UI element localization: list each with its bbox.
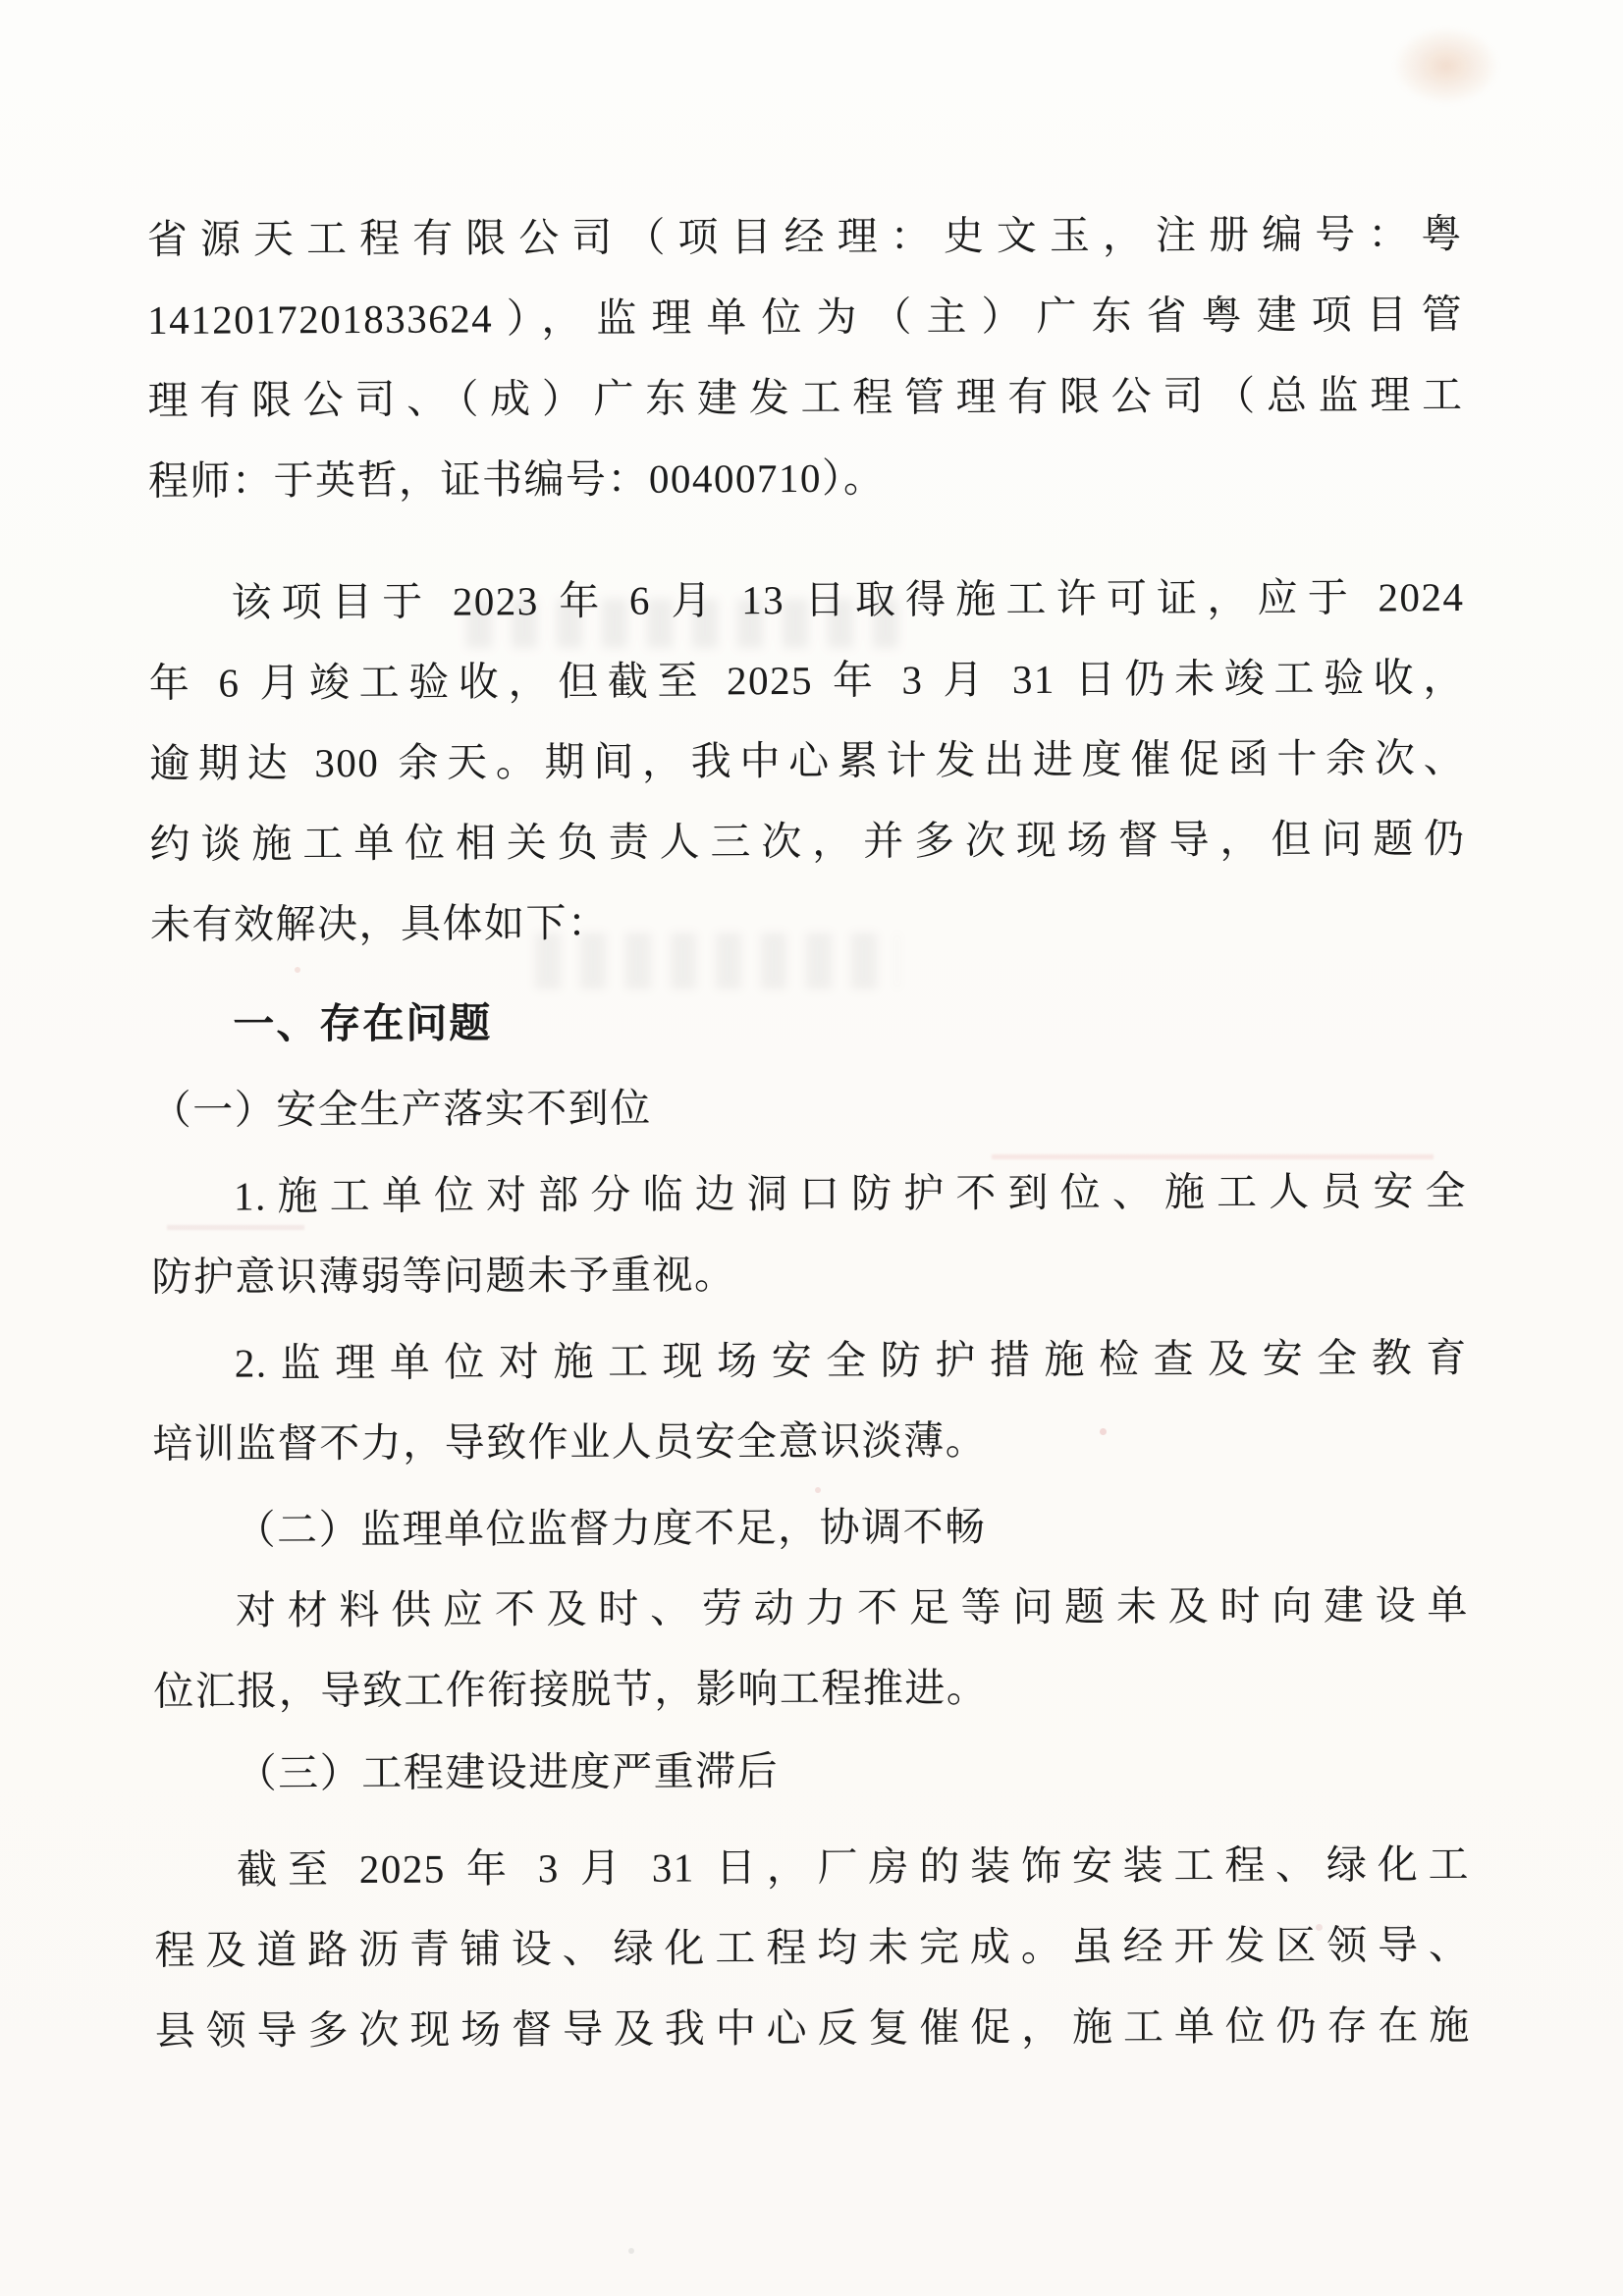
text-line: 位汇报，导致工作衔接脱节，影响工程推进。 xyxy=(153,1645,1469,1732)
text-line: 年 6 月竣工验收，但截至 2025 年 3 月 31 日仍未竣工验收， xyxy=(149,637,1465,723)
text-line: 约谈施工单位相关负责人三次，并多次现场督导，但问题仍 xyxy=(149,798,1465,884)
text-line: 2.监理单位对施工现场安全防护措施检查及安全教育 xyxy=(152,1317,1468,1404)
text-line: 理有限公司、（成）广东建发工程管理有限公司（总监理工 xyxy=(147,354,1463,441)
text-line: （三）工程建设进度严重滞后 xyxy=(154,1728,1470,1814)
text-line: （二）监理单位监督力度不足，协调不畅 xyxy=(152,1484,1468,1571)
scan-smudge-top-right xyxy=(1373,12,1520,120)
text-line: 县领导多次现场督导及我中心反复催促，施工单位仍存在施 xyxy=(155,1985,1471,2071)
text-line: （一）安全生产落实不到位 xyxy=(151,1064,1467,1150)
text-line: 培训监督不力，导致作业人员安全意识淡薄。 xyxy=(152,1398,1468,1484)
text-line: 截至 2025 年 3 月 31 日，厂房的装饰安装工程、绿化工 xyxy=(154,1824,1470,1910)
section-heading: 一、存在问题 xyxy=(150,979,1466,1065)
text-line: 对材料供应不及时、劳动力不足等问题未及时向建设单 xyxy=(153,1565,1469,1651)
text-line: 程及道路沥青铺设、绿化工程均未完成。虽经开发区领导、 xyxy=(154,1904,1470,1991)
text-line: 防护意识薄弱等问题未予重视。 xyxy=(151,1231,1467,1317)
scan-speckle xyxy=(628,2248,634,2254)
document-body: 省源天工程有限公司（项目经理：史文玉，注册编号：粤141201720183362… xyxy=(147,193,1471,2071)
text-line: 未有效解决，具体如下： xyxy=(150,879,1466,965)
text-line: 程师：于英哲，证书编号：00400710）。 xyxy=(148,435,1464,521)
text-line: 该项目于 2023 年 6 月 13 日取得施工许可证，应于 2024 xyxy=(148,557,1464,643)
text-line: 1.施工单位对部分临边洞口防护不到位、施工人员安全 xyxy=(151,1150,1467,1237)
text-line: 1412017201833624），监理单位为（主）广东省粤建项目管 xyxy=(147,274,1463,360)
scanned-document-page: 省源天工程有限公司（项目经理：史文玉，注册编号：粤141201720183362… xyxy=(0,0,1623,2296)
text-line: 逾期达 300 余天。期间，我中心累计发出进度催促函十余次、 xyxy=(149,718,1465,804)
text-line: 省源天工程有限公司（项目经理：史文玉，注册编号：粤 xyxy=(147,193,1463,280)
